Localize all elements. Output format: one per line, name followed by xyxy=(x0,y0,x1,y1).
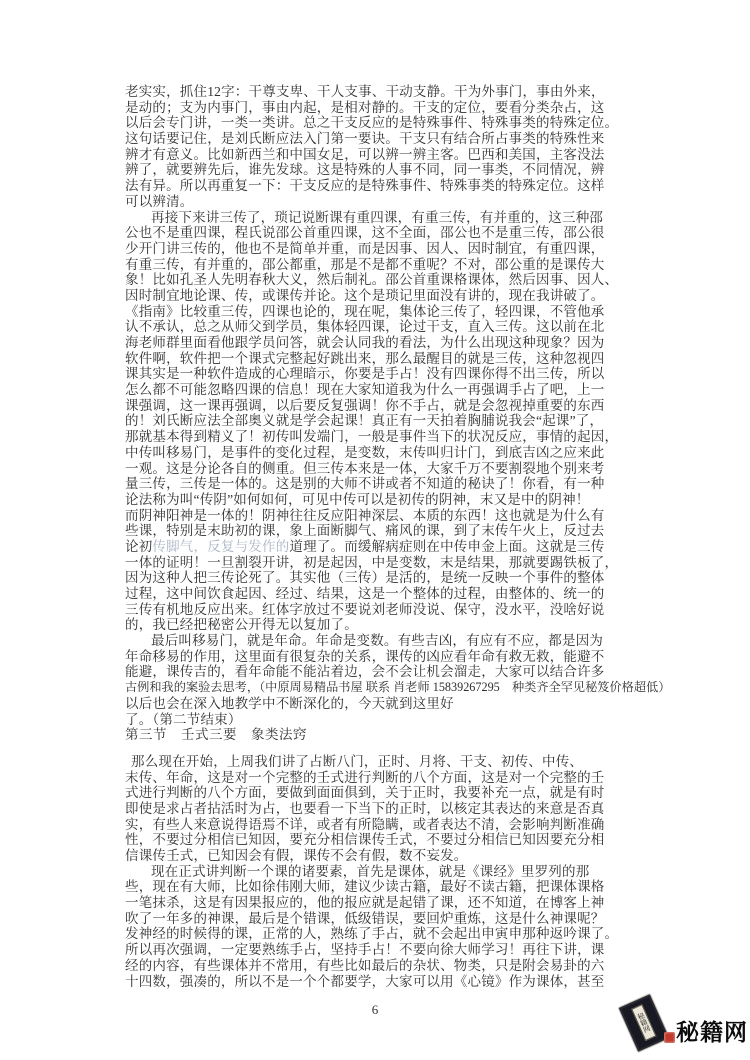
text-line: 辨了，就要辨先后，谁先发球。这是特殊的人事不同，同一事类，不同情况，辨 xyxy=(125,162,641,178)
book-label: 秘籍网 xyxy=(631,1004,656,1041)
text-line: 能避，课传吉的，看年命能不能沾着边，会不会让机会溜走，大家可以结合许多 xyxy=(125,664,641,680)
text-line: 老实实，抓住12字：干尊支卑、干人支事、干动支静。干为外事门，事由外来， xyxy=(125,84,641,100)
text-line: 古例和我的案验去思考，（中原周易精品书屋 联系 肖老师 15839267295 … xyxy=(125,680,641,696)
text-line: 课其实是一种软件造成的心理暗示，你要是手占！没有四课你得不出三传，所以 xyxy=(125,366,641,382)
text-line: 年命移易的作用，这里面有很复杂的关系，课传的凶应看年命有救无救，能避不 xyxy=(125,649,641,665)
paragraph: 再接下来讲三传了，琐记说断课有重四课，有重三传，有并重的，这三种邵公也不是重四课… xyxy=(125,210,641,634)
seal-icon xyxy=(664,1032,675,1043)
text-line: 一体的证明！一旦割裂开讲，初是起因，中是变数，末是结果，那就要踢铁板了， xyxy=(125,555,641,571)
text-line: 论初传脚气，反复与发作的道理了。而缓解病症则在中传申金上面。这就是三传 xyxy=(125,539,641,555)
document-page: { "page": { "number": "6" }, "watermark"… xyxy=(0,0,750,1060)
text-line: 是动的；支为内事门，事由内起，是相对静的。干支的定位，要看分类杂占，这 xyxy=(125,100,641,116)
text-line: 式进行判断的八个方面，要做到面面俱到，关于正时，我要补充一点，就是有时 xyxy=(125,785,641,801)
text-line: 吹了一年多的神课，最后是个错课，低级错误，要回炉重炼，这是什么神课呢？ xyxy=(125,911,641,927)
site-name-text: 秘籍网 xyxy=(676,1014,748,1047)
paragraph: 老实实，抓住12字：干尊支卑、干人支事、干动支静。干为外事门，事由外来，是动的；… xyxy=(125,84,641,210)
text-line: 最后叫移易门，就是年命。年命是变数。有些吉凶，有应有不应，都是因为 xyxy=(125,633,641,649)
text-line: 法有异。所以再重复一下：干支反应的是特殊事件、特殊事类的特殊定位。这样 xyxy=(125,178,641,194)
text-line: 少开门讲三传的，他也不是简单并重，而是因事、因人、因时制宜，有重四课， xyxy=(125,241,641,257)
text-line: 第三节 壬式三要 象类法窍 xyxy=(125,727,641,743)
section-heading: 第三节 壬式三要 象类法窍 xyxy=(125,727,641,743)
text-line: 经的内容，有些课体并不常用，有些比如最后的杂状、物类，只是附会易卦的六 xyxy=(125,958,641,974)
text-line: 些课，特别是末助初的课，象上面断脚气、痛风的课，到了末传午火上，反过去 xyxy=(125,523,641,539)
text-line: 量三传，三传是一体的。这是别的大师不讲或者不知道的秘诀了！你看，有一种 xyxy=(125,476,641,492)
book-icon: 秘籍网 xyxy=(617,993,670,1053)
text-line: 而阴神阳神是一体的！阴神往往反应阳神深层、本质的东西！这也就是为什么有 xyxy=(125,508,641,524)
text-line: 即使是求占者拈活时为占，也要看一下当下的正时，以核定其表达的来意是否真 xyxy=(125,801,641,817)
text-line: 性，不要过分相信已知因，要充分相信课传壬式，不要过分相信已知因要充分相 xyxy=(125,832,641,848)
text-line: 三传有机地反应出来。红体字放过不要说刘老师没说、保守，没水平，没啥好说 xyxy=(125,602,641,618)
text-line: 所以再次强调，一定要熟练手占，坚持手占！不要向徐大师学习！再往下讲，课 xyxy=(125,942,641,958)
text-line: 《指南》比较重三传，四课也论的，现在呢，集体论三传了，轻四课，不管他承 xyxy=(125,304,641,320)
text-line: 的！刘氏断应法全部奥义就是学会起课！真正有一天拍着胸脯说我会“起课”了， xyxy=(125,413,641,429)
text-line: 因时制宜地论课、传，或课传并论。这个是琐记里面没有讲的，现在我讲破了。 xyxy=(125,288,641,304)
paragraph: 最后叫移易门，就是年命。年命是变数。有些吉凶，有应有不应，都是因为年命移易的作用… xyxy=(125,633,641,727)
text-line: 一笔抹杀，这是有因果报应的，他的报应就是起错了课，还不知道，在博客上神 xyxy=(125,895,641,911)
text-line: 些，现在有大师，比如徐伟刚大师，建议少读古籍，最好不读古籍，把课体课格 xyxy=(125,879,641,895)
text-line: 发神经的时候得的课，正常的人，熟练了手占，就不会起出申寅申那种返吟课了。 xyxy=(125,926,641,942)
text-line: 以后也会在深入地教学中不断深化的，今天就到这里好 xyxy=(125,696,641,712)
text-line: 以后会专门讲，一类一类讲。总之干支反应的是特殊事件、特殊事类的特殊定位。 xyxy=(125,115,641,131)
text-line: 象！比如孔圣人先明春秋大义，然后制礼。邵公首重课格课体，然后因事、因人、 xyxy=(125,272,641,288)
faded-text: 传脚气，反复与发作的 xyxy=(152,539,289,554)
text-line: 那么现在开始，上周我们讲了占断八门，正时、月将、干支、初传、中传、 xyxy=(125,754,641,770)
text-line: 信课传壬式，已知因会有假，课传不会有假，数不妄发。 xyxy=(125,848,641,864)
text-line: 这句话要记住，是刘氏断应法入门第一要诀。干支只有结合所占事类的特殊性来 xyxy=(125,131,641,147)
text-line: 软件啊，软件把一个课式完整起好跳出来，那么最醒目的就是三传，这种忽视四 xyxy=(125,351,641,367)
paragraph: 现在正式讲判断一个课的诸要素，首先是课体，就是《课经》里罗列的那些，现在有大师，… xyxy=(125,864,641,990)
site-logo: 秘籍网 秘籍网 xyxy=(612,990,748,1056)
text-line: 再接下来讲三传了，琐记说断课有重四课，有重三传，有并重的，这三种邵 xyxy=(125,210,641,226)
text-line: 过程，这中间饮食起因、经过、结果，这是一个整体的过程，由整体的、统一的 xyxy=(125,586,641,602)
text-line: 实，有些人来意说得语焉不详，或者有所隐瞒，或者表达不清，会影响判断准确 xyxy=(125,817,641,833)
paragraph-spacer xyxy=(125,743,641,754)
paragraph: 那么现在开始，上周我们讲了占断八门，正时、月将、干支、初传、中传、末传、年命，这… xyxy=(125,754,641,864)
text-line: 海老师群里面看他跟学员问答，就会认同我的看法，为什么出现这种现象？因为 xyxy=(125,335,641,351)
text-line: 现在正式讲判断一个课的诸要素，首先是课体，就是《课经》里罗列的那 xyxy=(125,864,641,880)
text-line: 课强调，这一课再强调，以后要反复强调！你不手占，就是会忽视掉重要的东西 xyxy=(125,398,641,414)
text-line: 怎么都不可能忽略四课的信息！现在大家知道我为什么一再强调手占了吧，上一 xyxy=(125,382,641,398)
text-line: 的，我已经把秘密公开得无以复加了。 xyxy=(125,617,641,633)
text-line: 十四数，强凑的，所以不是一个个都要学，大家可以用《心镜》作为课体，甚至 xyxy=(125,974,641,990)
text-line: 了。（第二节结束） xyxy=(125,712,641,728)
text-line: 认不承认，总之从师父到学员，集体轻四课，论过干支，直入三传。这以前在北 xyxy=(125,319,641,335)
text-line: 有重三传，有并重的，邵公都重，那是不是都不重呢？不对，邵公重的是课传大 xyxy=(125,257,641,273)
text-line: 一观。这是分论各自的侧重。但三传本来是一体，大家千万不要割裂地个别来考 xyxy=(125,461,641,477)
document-body: 老实实，抓住12字：干尊支卑、干人支事、干动支静。干为外事门，事由外来，是动的；… xyxy=(125,84,641,989)
text-line: 那就基本得到精义了！初传叫发端门，一般是事件当下的状况反应，事情的起因， xyxy=(125,429,641,445)
text-line: 末传、年命，这是对一个完整的壬式进行判断的八个方面，这是对一个完整的壬 xyxy=(125,770,641,786)
text-line: 论法称为叫“传阴”如何如何，可见中传可以是初传的阴神，末又是中的阴神！ xyxy=(125,492,641,508)
text-line: 中传叫移易门，是事件的变化过程，是变数，末传叫归计门，到底吉凶之应来此 xyxy=(125,445,641,461)
text-line: 辨才有意义。比如新西兰和中国女足，可以辨一辨主客。巴西和美国，主客没法 xyxy=(125,147,641,163)
text-line: 可以辨清。 xyxy=(125,194,641,210)
text-line: 因为这种人把三传论死了。其实他（三传）是活的，是统一反映一个事件的整体 xyxy=(125,570,641,586)
text-line: 公也不是重四课，程氏说邵公首重四课，这不全面，邵公也不是重三传，邵公很 xyxy=(125,225,641,241)
